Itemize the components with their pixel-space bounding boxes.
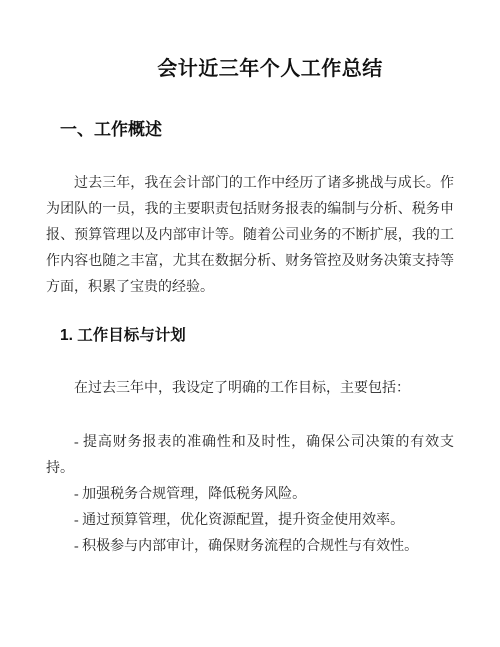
list-item-internal-audit: - 积极参与内部审计，确保财务流程的合规性与有效性。: [46, 534, 454, 560]
list-item-tax-compliance: - 加强税务合规管理，降低税务风险。: [46, 482, 454, 508]
section-heading-goals: 1. 工作目标与计划: [60, 325, 454, 347]
list-item-budget-management: - 通过预算管理，优化资源配置，提升资金使用效率。: [46, 508, 454, 534]
goals-list: - 提高财务报表的准确性和及时性，确保公司决策的有效支持。 - 加强税务合规管理…: [46, 430, 454, 560]
document-title: 会计近三年个人工作总结: [46, 54, 454, 84]
document-page: 会计近三年个人工作总结 一、工作概述 过去三年，我在会计部门的工作中经历了诸多挑…: [0, 0, 500, 647]
paragraph-overview: 过去三年，我在会计部门的工作中经历了诸多挑战与成长。作为团队的一员，我的主要职责…: [46, 171, 454, 301]
list-item-report-accuracy: - 提高财务报表的准确性和及时性，确保公司决策的有效支持。: [46, 430, 454, 482]
section-heading-overview: 一、工作概述: [60, 118, 454, 142]
paragraph-goals-intro: 在过去三年中，我设定了明确的工作目标，主要包括：: [46, 376, 454, 402]
